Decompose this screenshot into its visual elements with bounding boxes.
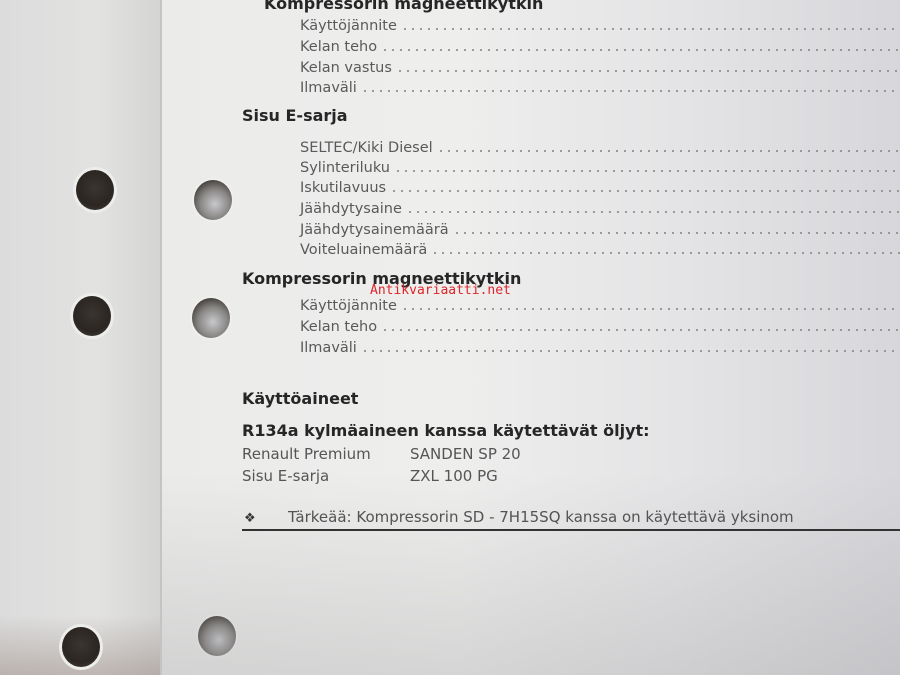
- punch-hole: [198, 616, 236, 656]
- punch-hole: [73, 296, 111, 336]
- oil-name: SANDEN SP 20: [410, 445, 521, 463]
- four-diamond-bullet-icon: ❖: [242, 511, 288, 526]
- dot-leader: [381, 329, 900, 331]
- dot-leader: [381, 49, 900, 51]
- punch-hole: [192, 298, 230, 338]
- section-title-sisu: Sisu E-sarja: [242, 106, 348, 125]
- spec-label: Ilmaväli: [300, 340, 357, 356]
- spec-row: SELTEC/Kiki Diesel: [300, 136, 900, 156]
- spec-row: Iskutilavuus: [300, 176, 900, 196]
- dot-leader: [361, 350, 900, 352]
- dot-leader: [401, 28, 900, 30]
- dot-leader: [390, 190, 900, 192]
- oil-name: ZXL 100 PG: [410, 467, 498, 485]
- oil-vehicle: Renault Premium: [242, 445, 371, 463]
- dot-leader: [437, 150, 900, 152]
- spec-label: Käyttöjännite: [300, 298, 397, 314]
- spec-row: Jäähdytysaine: [300, 197, 900, 217]
- dot-leader: [401, 308, 900, 310]
- spec-label: Voiteluainemäärä: [300, 242, 427, 258]
- punch-hole: [62, 627, 100, 667]
- dot-leader: [361, 90, 900, 92]
- punch-hole: [194, 180, 232, 220]
- consumables-subtitle: R134a kylmäaineen kanssa käytettävät ölj…: [242, 421, 650, 440]
- spec-label: Kelan vastus: [300, 60, 392, 76]
- spec-label: Iskutilavuus: [300, 180, 386, 196]
- spec-row: Kelan teho: [300, 315, 900, 335]
- spec-row: Voiteluainemäärä: [300, 238, 900, 258]
- section-title-consumables: Käyttöaineet: [242, 389, 358, 408]
- spec-label: Kelan teho: [300, 39, 377, 55]
- dot-leader: [406, 211, 900, 213]
- spec-label: Kelan teho: [300, 319, 377, 335]
- oil-vehicle: Sisu E-sarja: [242, 467, 329, 485]
- spec-row: Kelan vastus: [300, 56, 900, 76]
- underlying-page: [0, 0, 162, 675]
- dot-leader: [394, 170, 900, 172]
- note-text: Tärkeää: Kompressorin SD - 7H15SQ kanssa…: [288, 508, 794, 526]
- spec-label: Jäähdytysaine: [300, 201, 402, 217]
- spec-label: Ilmaväli: [300, 80, 357, 96]
- spec-label: Jäähdytysainemäärä: [300, 222, 449, 238]
- spec-label: Sylinteriluku: [300, 160, 390, 176]
- dot-leader: [431, 252, 900, 254]
- spec-label: SELTEC/Kiki Diesel: [300, 140, 433, 156]
- punch-hole: [76, 170, 114, 210]
- spec-row: Kelan teho: [300, 35, 900, 55]
- document-page: Kompressorin magneettikytkin Käyttöjänni…: [160, 0, 900, 675]
- dot-leader: [396, 70, 900, 72]
- spec-row: Ilmaväli: [300, 76, 900, 96]
- important-note: ❖Tärkeää: Kompressorin SD - 7H15SQ kanss…: [242, 508, 900, 531]
- section-title-magnet-top: Kompressorin magneettikytkin: [264, 0, 543, 13]
- watermark: Antikvariaatti.net: [370, 283, 511, 298]
- dot-leader: [453, 232, 900, 234]
- spec-label: Käyttöjännite: [300, 18, 397, 34]
- spec-row: Ilmaväli: [300, 336, 900, 356]
- spec-row: Jäähdytysainemäärä: [300, 218, 900, 238]
- spec-row: Sylinteriluku: [300, 156, 900, 176]
- spec-row: Käyttöjännite: [300, 14, 900, 34]
